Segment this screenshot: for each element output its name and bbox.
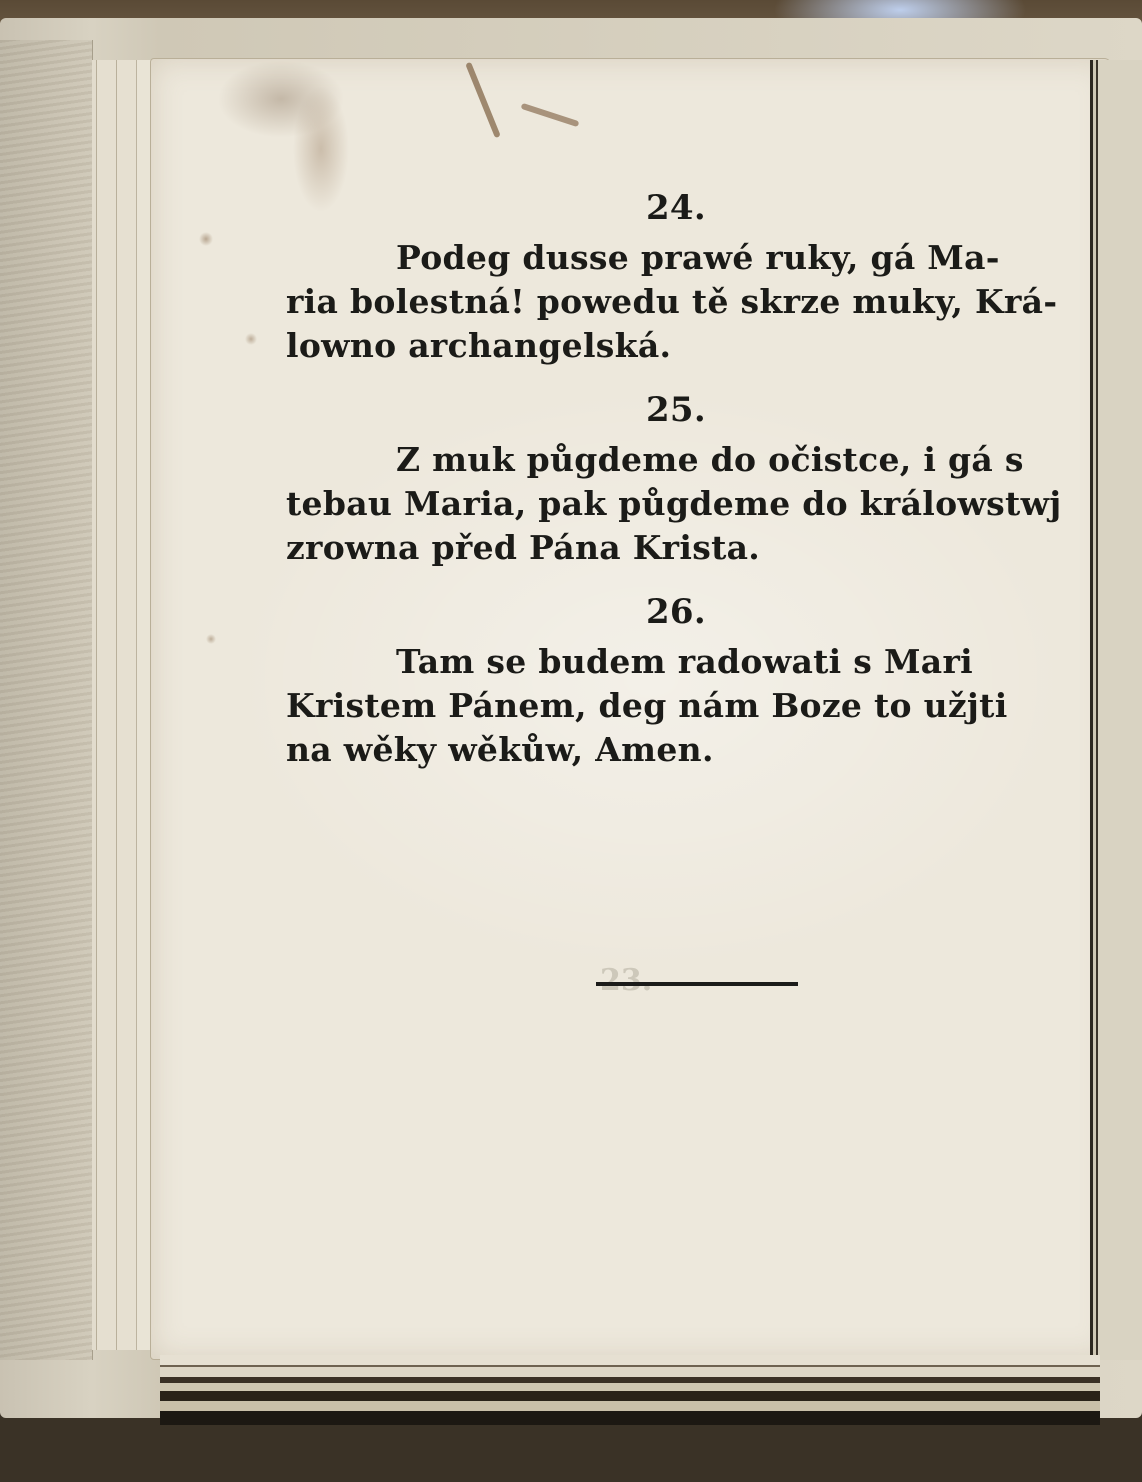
verse-number: 26.: [246, 584, 1106, 640]
verse-24: 24. Podeg dusse prawé ruky, gá Ma- ria b…: [286, 180, 1106, 368]
show-through-number: 23.: [600, 960, 1090, 1002]
verse-line: Tam se budem radowati s Mari: [286, 640, 1106, 684]
verse-line: ria bolestná! powedu tě skrze muky, Krá-: [286, 280, 1106, 324]
verse-line: Podeg dusse prawé ruky, gá Ma-: [286, 236, 1106, 280]
verse-line: Z muk půgdeme do očistce, i gá s: [286, 438, 1106, 482]
verse-line: tebau Maria, pak půgdeme do králowstwj: [286, 482, 1106, 526]
end-rule: [596, 982, 798, 986]
verse-number: 25.: [246, 382, 1106, 438]
verse-25: 25. Z muk půgdeme do očistce, i gá s teb…: [286, 382, 1106, 570]
page-bottom-edge: [160, 1355, 1100, 1425]
show-through-text: 23.: [620, 1000, 1090, 1002]
verse-number: 24.: [246, 180, 1106, 236]
verse-line: na wěky wěkůw, Amen.: [286, 728, 1106, 772]
page-text: 24. Podeg dusse prawé ruky, gá Ma- ria b…: [286, 180, 1106, 786]
verse-26: 26. Tam se budem radowati s Mari Kristem…: [286, 584, 1106, 772]
verse-line: zrowna před Pána Krista.: [286, 526, 1106, 570]
verse-line: lowno archangelská.: [286, 324, 1106, 368]
facing-page-edge: [0, 40, 93, 1360]
verse-line: Kristem Pánem, deg nám Boze to užjti: [286, 684, 1106, 728]
